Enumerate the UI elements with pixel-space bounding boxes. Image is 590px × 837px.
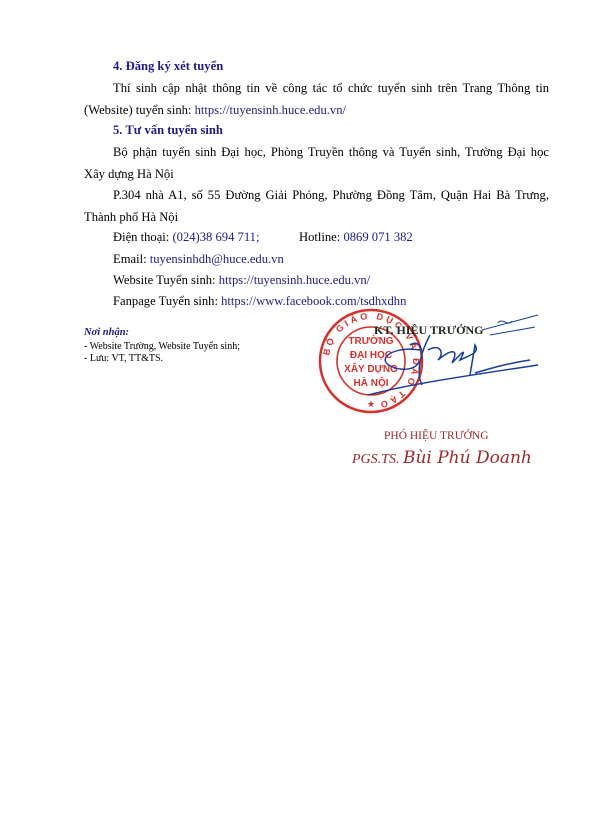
- section-5-heading: 5. Tư vấn tuyển sinh: [113, 122, 223, 138]
- deputy-prefix: PGS.TS.: [352, 452, 403, 467]
- department-line1: Bộ phận tuyển sinh Đại học, Phòng Truyền…: [113, 144, 549, 160]
- address-line2: Thành phố Hà Nội: [84, 209, 178, 225]
- svg-text:★: ★: [367, 399, 375, 409]
- deputy-full-name: Bùi Phú Doanh: [403, 448, 532, 468]
- section-4-heading: 4. Đăng ký xét tuyển: [113, 58, 223, 74]
- deputy-title: PHÓ HIỆU TRƯỞNG: [384, 430, 489, 442]
- website-label: Website Tuyển sinh:: [113, 273, 219, 287]
- hotline-line: Hotline: 0869 071 382: [299, 229, 413, 245]
- website-line: Website Tuyển sinh: https://tuyensinh.hu…: [113, 272, 370, 288]
- section-4-paragraph-text: (Website) tuyển sinh:: [84, 103, 195, 117]
- deputy-name: PGS.TS. Bùi Phú Doanh: [352, 448, 532, 468]
- section-4-paragraph-line2: (Website) tuyển sinh: https://tuyensinh.…: [84, 102, 346, 118]
- phone-label: Điện thoại:: [113, 230, 172, 244]
- signature-icon: [310, 305, 540, 395]
- hotline-number[interactable]: 0869 071 382: [343, 230, 412, 244]
- section-4-paragraph-line1: Thí sinh cập nhật thông tin về công tác …: [113, 80, 549, 96]
- email-label: Email:: [113, 252, 150, 266]
- address-line1: P.304 nhà A1, số 55 Đường Giải Phóng, Ph…: [113, 187, 549, 203]
- email-link[interactable]: tuyensinhdh@huce.edu.vn: [150, 252, 284, 266]
- recipients-title: Nơi nhận:: [84, 327, 129, 338]
- email-line: Email: tuyensinhdh@huce.edu.vn: [113, 251, 284, 267]
- document-page: 4. Đăng ký xét tuyển Thí sinh cập nhật t…: [0, 0, 590, 837]
- department-line2: Xây dựng Hà Nội: [84, 166, 174, 182]
- recipient-item: - Lưu: VT, TT&TS.: [84, 353, 163, 365]
- phone-line: Điện thoại: (024)38 694 711;: [113, 229, 259, 245]
- phone-number[interactable]: (024)38 694 711;: [172, 230, 259, 244]
- website-link[interactable]: https://tuyensinh.huce.edu.vn/: [219, 273, 370, 287]
- admission-website-link[interactable]: https://tuyensinh.huce.edu.vn/: [195, 103, 346, 117]
- hotline-label: Hotline:: [299, 230, 343, 244]
- fanpage-label: Fanpage Tuyển sinh:: [113, 294, 221, 308]
- recipient-item: - Website Trường, Website Tuyển sinh;: [84, 341, 240, 353]
